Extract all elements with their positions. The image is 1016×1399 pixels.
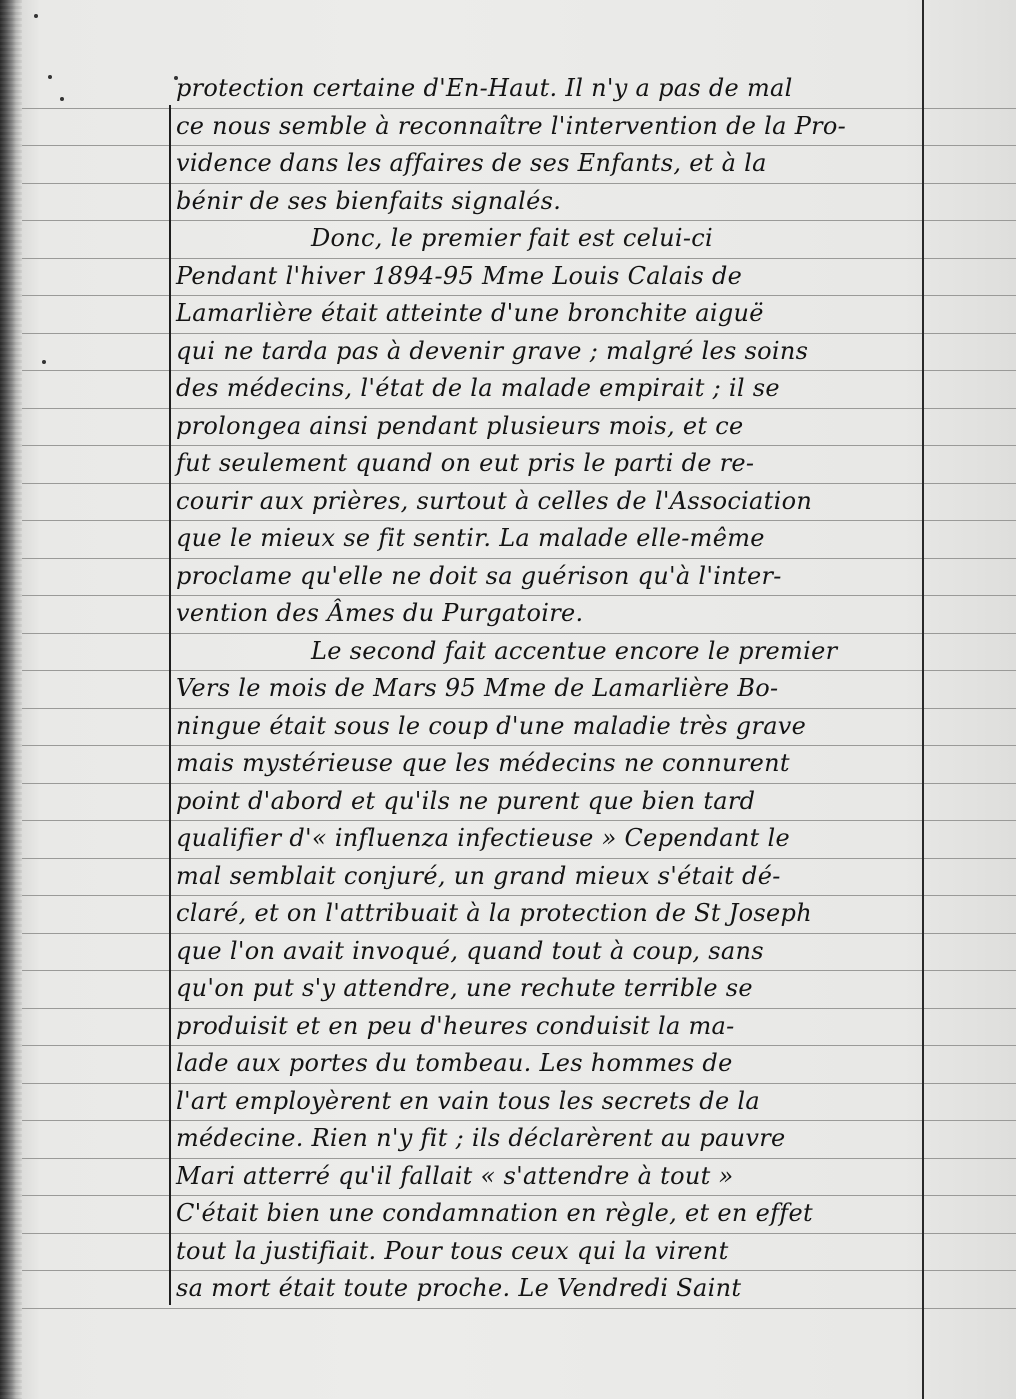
text-line: mais mystérieuse que les médecins ne con…: [176, 745, 916, 783]
text-line: qui ne tarda pas à devenir grave ; malgr…: [176, 333, 916, 371]
text-line: vidence dans les affaires de ses Enfants…: [176, 145, 916, 183]
text-line: courir aux prières, surtout à celles de …: [176, 483, 916, 521]
text-line: des médecins, l'état de la malade empira…: [176, 370, 916, 408]
text-line: fut seulement quand on eut pris le parti…: [176, 445, 916, 483]
text-line: protection certaine d'En-Haut. Il n'y a …: [176, 70, 916, 108]
text-line: l'art employèrent en vain tous les secre…: [176, 1083, 916, 1121]
text-line: vention des Âmes du Purgatoire.: [176, 595, 916, 633]
text-line: Pendant l'hiver 1894-95 Mme Louis Calais…: [176, 258, 916, 296]
text-line: Mari atterré qu'il fallait « s'attendre …: [176, 1158, 916, 1196]
text-line: Vers le mois de Mars 95 Mme de Lamarlièr…: [176, 670, 916, 708]
text-line: que le mieux se fit sentir. La malade el…: [176, 520, 916, 558]
text-line: prolongea ainsi pendant plusieurs mois, …: [176, 408, 916, 446]
text-line: qu'on put s'y attendre, une rechute terr…: [176, 970, 916, 1008]
text-line: ce nous semble à reconnaître l'intervent…: [176, 108, 916, 146]
text-line: sa mort était toute proche. Le Vendredi …: [176, 1270, 916, 1308]
text-line: point d'abord et qu'ils ne purent que bi…: [176, 783, 916, 821]
ledger-page: protection certaine d'En-Haut. Il n'y a …: [0, 0, 1016, 1399]
text-line: que l'on avait invoqué, quand tout à cou…: [176, 933, 916, 971]
right-margin-line: [922, 0, 924, 1399]
text-line: lade aux portes du tombeau. Les hommes d…: [176, 1045, 916, 1083]
handwritten-text: protection certaine d'En-Haut. Il n'y a …: [176, 70, 916, 1308]
text-line: tout la justifiait. Pour tous ceux qui l…: [176, 1233, 916, 1271]
text-line: produisit et en peu d'heures conduisit l…: [176, 1008, 916, 1046]
ink-spot: [34, 14, 38, 18]
ink-spot: [42, 360, 46, 364]
left-margin-line: [169, 105, 171, 1305]
text-line: Lamarlière était atteinte d'une bronchit…: [176, 295, 916, 333]
text-line: claré, et on l'attribuait à la protectio…: [176, 895, 916, 933]
text-line: Donc, le premier fait est celui-ci: [176, 220, 916, 258]
text-line: bénir de ses bienfaits signalés.: [176, 183, 916, 221]
text-line: qualifier d'« influenza infectieuse » Ce…: [176, 820, 916, 858]
text-line: Le second fait accentue encore le premie…: [176, 633, 916, 671]
book-binding-edge: [0, 0, 22, 1399]
ink-spot: [48, 75, 52, 79]
text-line: C'était bien une condamnation en règle, …: [176, 1195, 916, 1233]
text-line: médecine. Rien n'y fit ; ils déclarèrent…: [176, 1120, 916, 1158]
text-line: proclame qu'elle ne doit sa guérison qu'…: [176, 558, 916, 596]
text-line: ningue était sous le coup d'une maladie …: [176, 708, 916, 746]
ink-spot: [60, 97, 64, 101]
text-line: mal semblait conjuré, un grand mieux s'é…: [176, 858, 916, 896]
ruled-line: [22, 1308, 1016, 1309]
